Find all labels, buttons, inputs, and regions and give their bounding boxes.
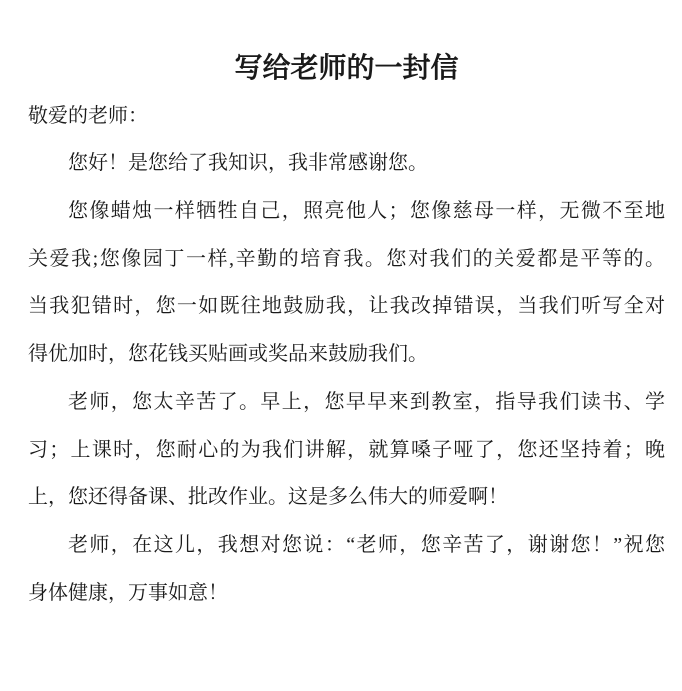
- body-line: 您好！是您给了我知识，我非常感谢您。: [28, 140, 665, 188]
- body-line: 老师，在这儿，我想对您说：“老师，您辛苦了，谢谢您！”祝您: [28, 522, 665, 570]
- body-line: 您像蜡烛一样牺牲自己，照亮他人；您像慈母一样，无微不至地: [28, 188, 665, 236]
- letter-page: 写给老师的一封信 敬爱的老师： 您好！是您给了我知识，我非常感谢您。 您像蜡烛一…: [0, 0, 682, 691]
- body-line: 身体健康，万事如意！: [28, 570, 665, 618]
- body-line: 得优加时，您花钱买贴画或奖品来鼓励我们。: [28, 331, 665, 379]
- body-line: 老师，您太辛苦了。早上，您早早来到教室，指导我们读书、学: [28, 379, 665, 427]
- salutation-line: 敬爱的老师：: [28, 93, 665, 141]
- body-line: 当我犯错时，您一如既往地鼓励我，让我改掉错误，当我们听写全对: [28, 283, 665, 331]
- letter-title: 写给老师的一封信: [28, 45, 665, 93]
- body-line: 关爱我;您像园丁一样,辛勤的培育我。您对我们的关爱都是平等的。: [28, 236, 665, 284]
- body-line: 习；上课时，您耐心的为我们讲解，就算嗓子哑了，您还坚持着；晚: [28, 427, 665, 475]
- body-line: 上，您还得备课、批改作业。这是多么伟大的师爱啊！: [28, 474, 665, 522]
